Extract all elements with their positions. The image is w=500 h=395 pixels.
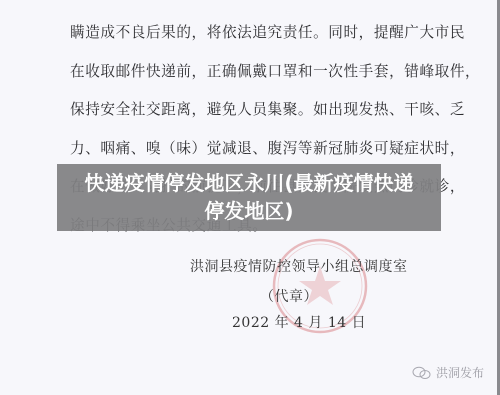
issuing-organization: 洪洞县疫情防控领导小组总调度室 (190, 256, 408, 276)
watermark: 洪洞发布 (412, 364, 484, 381)
watermark-label: 洪洞发布 (436, 364, 484, 381)
body-line: 在收取邮件快递前，正确佩戴口罩和一次性手套，错峰取件， (70, 61, 430, 100)
body-line: 瞒造成不良后果的，将依法追究责任。同时，提醒广大市民 (70, 22, 430, 61)
issue-date: 2022 年 4 月 14 日 (232, 312, 366, 332)
body-line: 保持安全社交距离，避免人员集聚。如出现发热、干咳、乏 (70, 99, 430, 138)
title-banner: 快递疫情停发地区永川(最新疫情快递 停发地区) (57, 164, 441, 231)
wechat-icon (412, 366, 432, 380)
banner-title-line-1: 快递疫情停发地区永川(最新疫情快递 (57, 169, 441, 197)
banner-title-line-2: 停发地区) (57, 197, 441, 225)
seal-note: （代章） (260, 286, 318, 306)
